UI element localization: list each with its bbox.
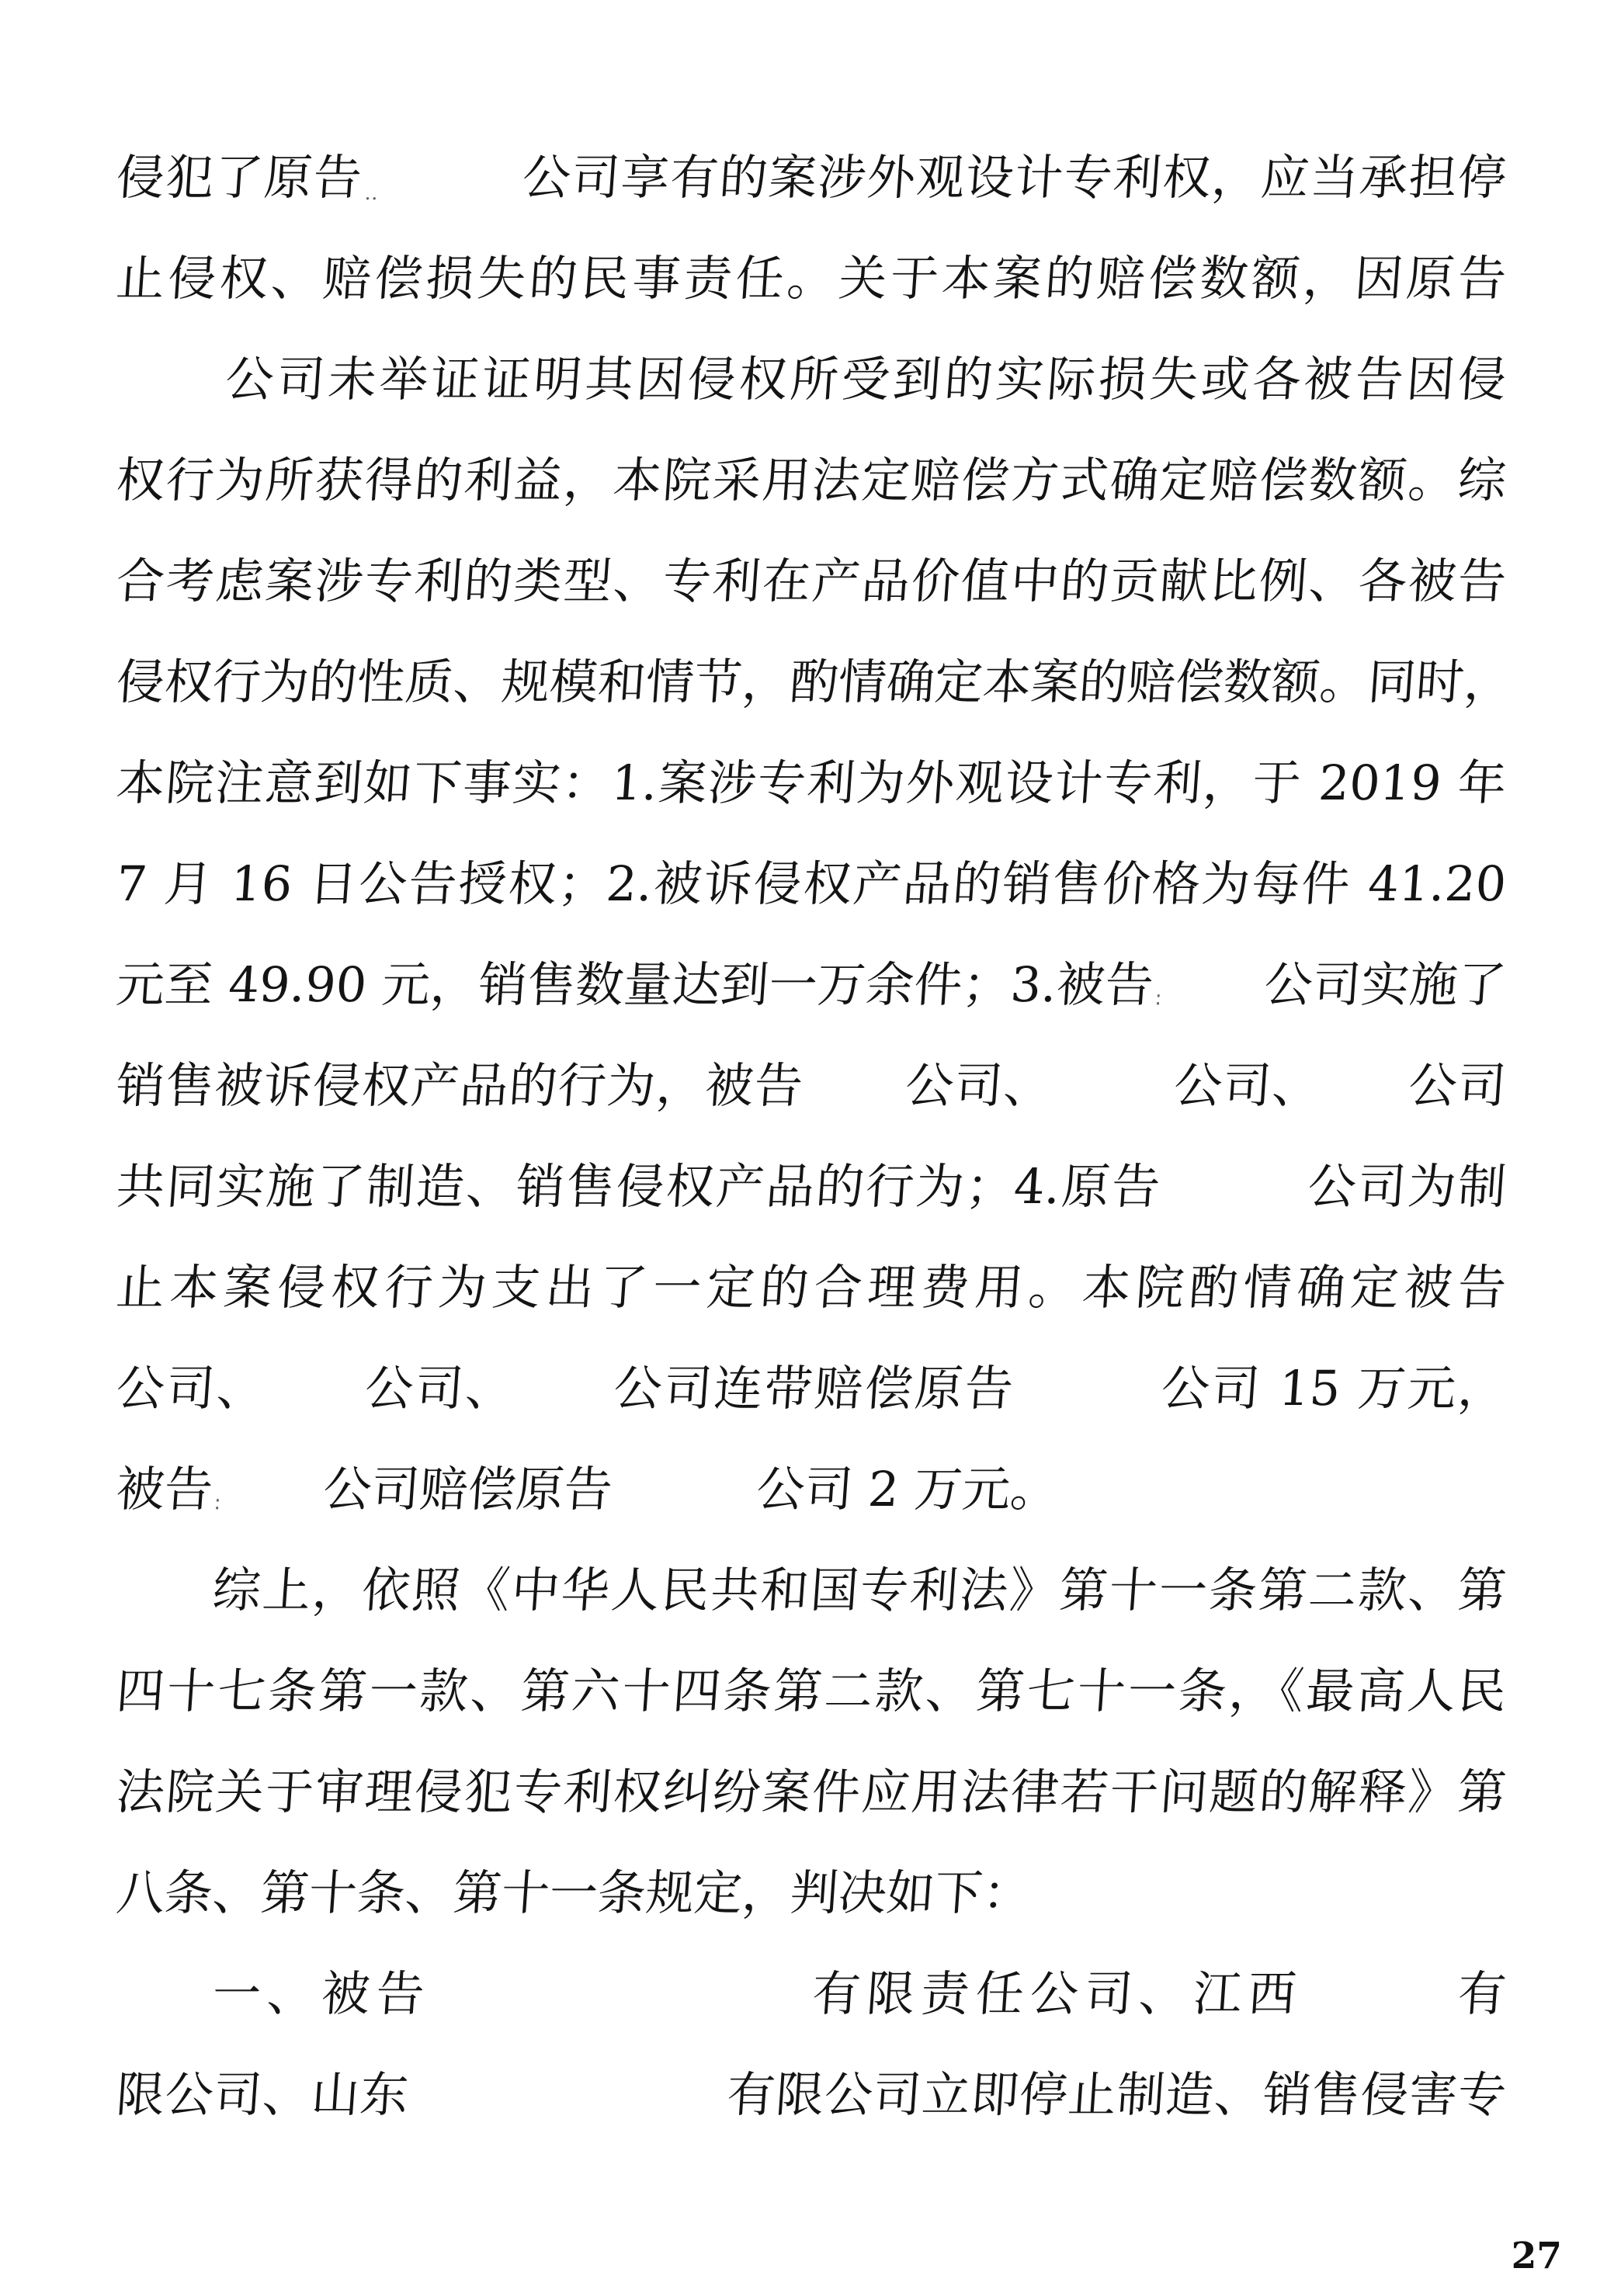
text-segment: 一、被告: [210, 1965, 432, 2022]
text-line: 公司、公司、公司连带赔偿原告公司 15 万元，: [113, 1338, 1509, 1439]
text-segment: 共同实施了制造、销售侵权产品的行为；4.原告: [114, 1158, 1164, 1215]
text-line: 侵犯了原告‥公司享有的案涉外观设计专利权，应当承担停: [113, 127, 1509, 228]
text-segment: 有限公司立即停止制造、销售侵害专: [724, 2066, 1508, 2123]
text-segment: 公司为制: [1304, 1158, 1508, 1215]
text-segment: 止本案侵权行为支出了一定的合理费用。本院酌情确定被告: [114, 1259, 1508, 1316]
text-line: 元至 49.90 元，销售数量达到一万余件；3.被告∶公司实施了: [113, 935, 1509, 1035]
text-line: 7 月 16 日公告授权；2.被诉侵权产品的销售价格为每件 41.20: [113, 834, 1509, 935]
text-segment: 本院注意到如下事实：1.案涉专利为外观设计专利，于 2019 年: [114, 754, 1508, 811]
text-line: 被告∶公司赔偿原告公司 2 万元。: [113, 1439, 1509, 1540]
text-line: 限公司、山东有限公司立即停止制造、销售侵害专: [113, 2045, 1509, 2145]
redaction-gap: ∶: [1151, 965, 1265, 1013]
text-line: 公司未举证证明其因侵权所受到的实际损失或各被告因侵: [113, 329, 1509, 430]
text-segment: 有: [1449, 1965, 1508, 2022]
text-segment: 公司 2 万元。: [755, 1461, 1060, 1517]
text-line: 止本案侵权行为支出了一定的合理费用。本院酌情确定被告: [113, 1237, 1509, 1338]
text-segment: 销售被诉侵权产品的行为，被告: [114, 1057, 805, 1114]
redaction-gap: [265, 1368, 364, 1417]
text-line: 共同实施了制造、销售侵权产品的行为；4.原告公司为制: [113, 1136, 1509, 1237]
text-segment: 公司、: [1171, 1057, 1324, 1114]
text-line: 本院注意到如下事实：1.案涉专利为外观设计专利，于 2019 年: [113, 733, 1509, 834]
redaction-gap: [114, 359, 224, 408]
redaction-mark: ∶: [214, 1495, 226, 1515]
judgment-page: 侵犯了原告‥公司享有的案涉外观设计专利权，应当承担停止侵权、赔偿损失的民事责任。…: [0, 0, 1621, 2296]
redaction-gap: [1160, 1167, 1307, 1215]
text-segment: 综上，依照《中华人民共和国专利法》第十一条第二款、第: [210, 1562, 1508, 1618]
text-segment: 权行为所获得的利益，本院采用法定赔偿方式确定赔偿数额。综: [114, 452, 1508, 508]
text-segment: 公司 15 万元，: [1158, 1360, 1508, 1417]
text-segment: 公司连带赔偿原告: [610, 1360, 1017, 1417]
text-segment: 公司、: [361, 1360, 517, 1417]
redaction-gap: [1319, 1066, 1409, 1114]
redaction-gap: [610, 1469, 758, 1517]
text-segment: 侵犯了原告: [114, 149, 364, 206]
redaction-gap: [1051, 1066, 1175, 1114]
text-line: 法院关于审理侵犯专利权纠纷案件应用法律若干问题的解释》第: [113, 1742, 1509, 1843]
text-segment: 公司、: [114, 1360, 269, 1417]
text-segment: 公司未举证证明其因侵权所受到的实际损失或各被告因侵: [220, 351, 1508, 408]
text-segment: 有限责任公司、江西: [804, 1965, 1305, 2022]
page-number: 27: [1512, 2235, 1562, 2277]
text-segment: 公司赔偿原告: [321, 1461, 614, 1517]
text-segment: 侵权行为的性质、规模和情节，酌情确定本案的赔偿数额。同时，: [114, 654, 1514, 710]
redaction-mark: ‥: [364, 183, 384, 203]
text-segment: 7 月 16 日公告授权；2.被诉侵权产品的销售价格为每件 41.20: [114, 855, 1508, 912]
document-body: 侵犯了原告‥公司享有的案涉外观设计专利权，应当承担停止侵权、赔偿损失的民事责任。…: [116, 127, 1506, 2145]
redaction-gap: [407, 2075, 728, 2123]
text-line: 综上，依照《中华人民共和国专利法》第十一条第二款、第: [113, 1540, 1509, 1641]
redaction-gap: [1300, 1974, 1453, 2022]
text-line: 四十七条第一款、第六十四条第二款、第七十一条，《最高人民: [113, 1641, 1509, 1742]
text-segment: 止侵权、赔偿损失的民事责任。关于本案的赔偿数额，因原告: [114, 250, 1508, 307]
redaction-mark: ∶: [1155, 990, 1167, 1011]
text-segment: 公司享有的案涉外观设计专利权，应当承担停: [519, 149, 1508, 206]
text-line: 权行为所获得的利益，本院采用法定赔偿方式确定赔偿数额。综: [113, 430, 1509, 531]
redaction-gap: ∶: [211, 1469, 325, 1517]
text-segment: 被告: [114, 1461, 214, 1517]
text-segment: 限公司、山东: [114, 2066, 411, 2123]
text-line: 合考虑案涉专利的类型、专利在产品价值中的贡献比例、各被告: [113, 531, 1509, 632]
redaction-gap: [514, 1368, 613, 1417]
text-line: 一、被告有限责任公司、江西有: [113, 1944, 1509, 2045]
redaction-gap: ‥: [361, 158, 523, 206]
text-segment: 公司、: [903, 1057, 1055, 1114]
text-segment: 合考虑案涉专利的类型、专利在产品价值中的贡献比例、各被告: [114, 553, 1508, 609]
redaction-gap: [802, 1066, 907, 1114]
text-line: 八条、第十条、第十一条规定，判决如下：: [113, 1843, 1509, 1944]
text-line: 销售被诉侵权产品的行为，被告公司、公司、公司: [113, 1035, 1509, 1136]
redaction-gap: [1013, 1368, 1161, 1417]
text-segment: 公司: [1406, 1057, 1508, 1114]
text-segment: 八条、第十条、第十一条规定，判决如下：: [114, 1864, 1033, 1921]
text-segment: 法院关于审理侵犯专利权纠纷案件应用法律若干问题的解释》第: [114, 1764, 1508, 1820]
text-segment: 元至 49.90 元，销售数量达到一万余件；3.被告: [114, 956, 1155, 1013]
text-line: 止侵权、赔偿损失的民事责任。关于本案的赔偿数额，因原告: [113, 228, 1509, 329]
text-line: 侵权行为的性质、规模和情节，酌情确定本案的赔偿数额。同时，: [113, 632, 1509, 733]
text-segment: 四十七条第一款、第六十四条第二款、第七十一条，《最高人民: [114, 1663, 1508, 1719]
redaction-gap: [429, 1974, 807, 2022]
text-segment: 公司实施了: [1262, 956, 1508, 1013]
